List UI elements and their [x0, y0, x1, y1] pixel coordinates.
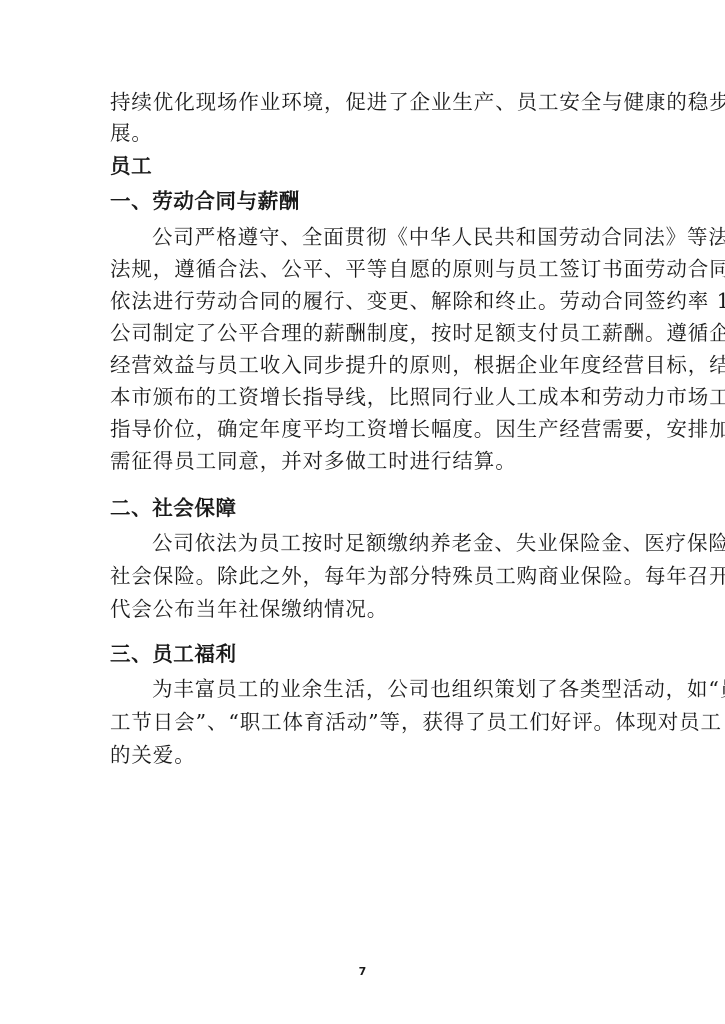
- intro-line: 展。: [110, 121, 153, 145]
- paragraph-line: 依法进行劳动合同的履行、变更、解除和终止。劳动合同签约率 100%。: [110, 289, 725, 313]
- document-page: 持续优化现场作业环境，促进了企业生产、员工安全与健康的稳步发 展。 员工 一、劳…: [0, 0, 725, 1024]
- paragraph-line: 为丰富员工的业余生活，公司也组织策划了各类型活动，如“员: [152, 677, 725, 701]
- paragraph-line: 法规，遵循合法、公平、平等自愿的原则与员工签订书面劳动合同，: [110, 257, 725, 281]
- page-number: 7: [0, 965, 725, 978]
- section-heading: 三、员工福利: [110, 642, 237, 666]
- paragraph-line: 经营效益与员工收入同步提升的原则，根据企业年度经营目标，结合: [110, 353, 725, 377]
- paragraph-line: 公司依法为员工按时足额缴纳养老金、失业保险金、医疗保险金等: [152, 531, 725, 555]
- paragraph-line: 社会保险。除此之外，每年为部分特殊员工购商业保险。每年召开职: [110, 564, 725, 588]
- section-title: 员工: [110, 154, 152, 178]
- paragraph-line: 本市颁布的工资增长指导线，比照同行业人工成本和劳动力市场工资: [110, 385, 725, 409]
- paragraph-line: 公司制定了公平合理的薪酬制度，按时足额支付员工薪酬。遵循企业: [110, 321, 725, 345]
- intro-line: 持续优化现场作业环境，促进了企业生产、员工安全与健康的稳步发: [110, 90, 725, 114]
- paragraph-line: 公司严格遵守、全面贯彻《中华人民共和国劳动合同法》等法律: [152, 225, 725, 249]
- section-heading: 一、劳动合同与薪酬: [110, 189, 300, 213]
- paragraph-line: 代会公布当年社保缴纳情况。: [110, 597, 388, 621]
- paragraph-line: 需征得员工同意，并对多做工时进行结算。: [110, 449, 517, 473]
- paragraph-line: 指导价位，确定年度平均工资增长幅度。因生产经营需要，安排加班: [110, 417, 725, 441]
- paragraph-line: 的关爱。: [110, 743, 196, 767]
- section-heading: 二、社会保障: [110, 496, 237, 520]
- paragraph-line: 工节日会”、“职工体育活动”等，获得了员工们好评。体现对员工: [110, 710, 722, 734]
